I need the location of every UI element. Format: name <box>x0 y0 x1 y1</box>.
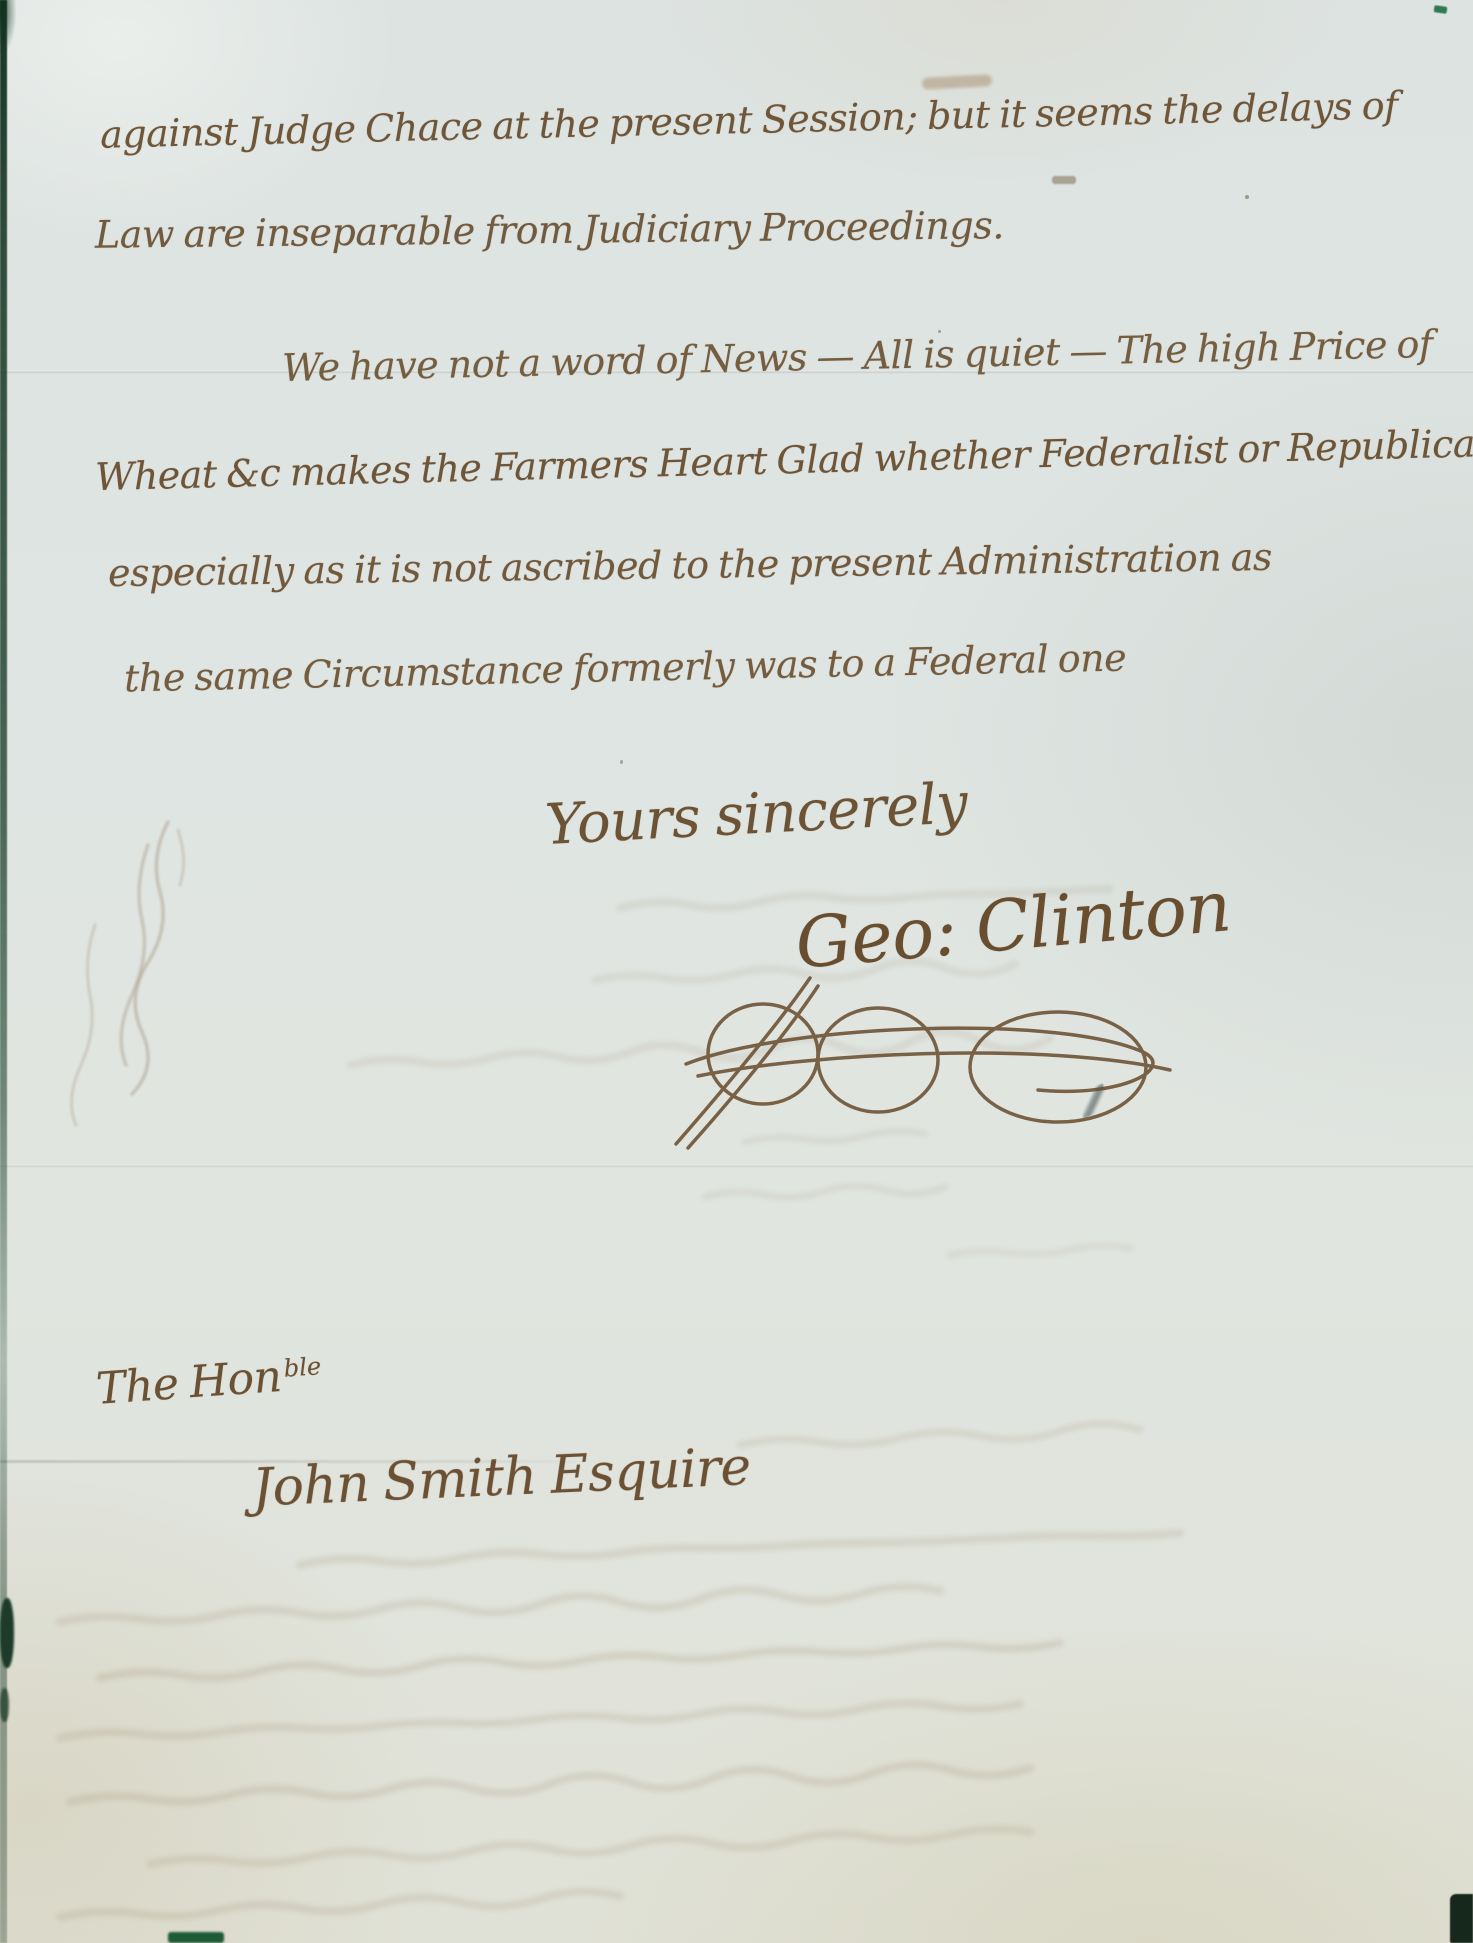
ink-speck <box>1245 195 1249 199</box>
scan-edge-artifact <box>1450 1894 1473 1943</box>
letter-scan-page: against Judge Chace at the present Sessi… <box>0 0 1473 1943</box>
scan-edge-artifact <box>168 1932 224 1943</box>
scan-edge-artifact <box>0 1688 9 1722</box>
scan-edge-artifact <box>0 1598 14 1668</box>
honorific-superscript: ble <box>283 1352 322 1383</box>
ink-smear <box>1052 176 1076 184</box>
ink-speck <box>620 760 623 764</box>
signature-flourish <box>668 972 1188 1152</box>
scan-edge-artifact <box>0 0 16 58</box>
fold-crease <box>0 1164 1473 1168</box>
